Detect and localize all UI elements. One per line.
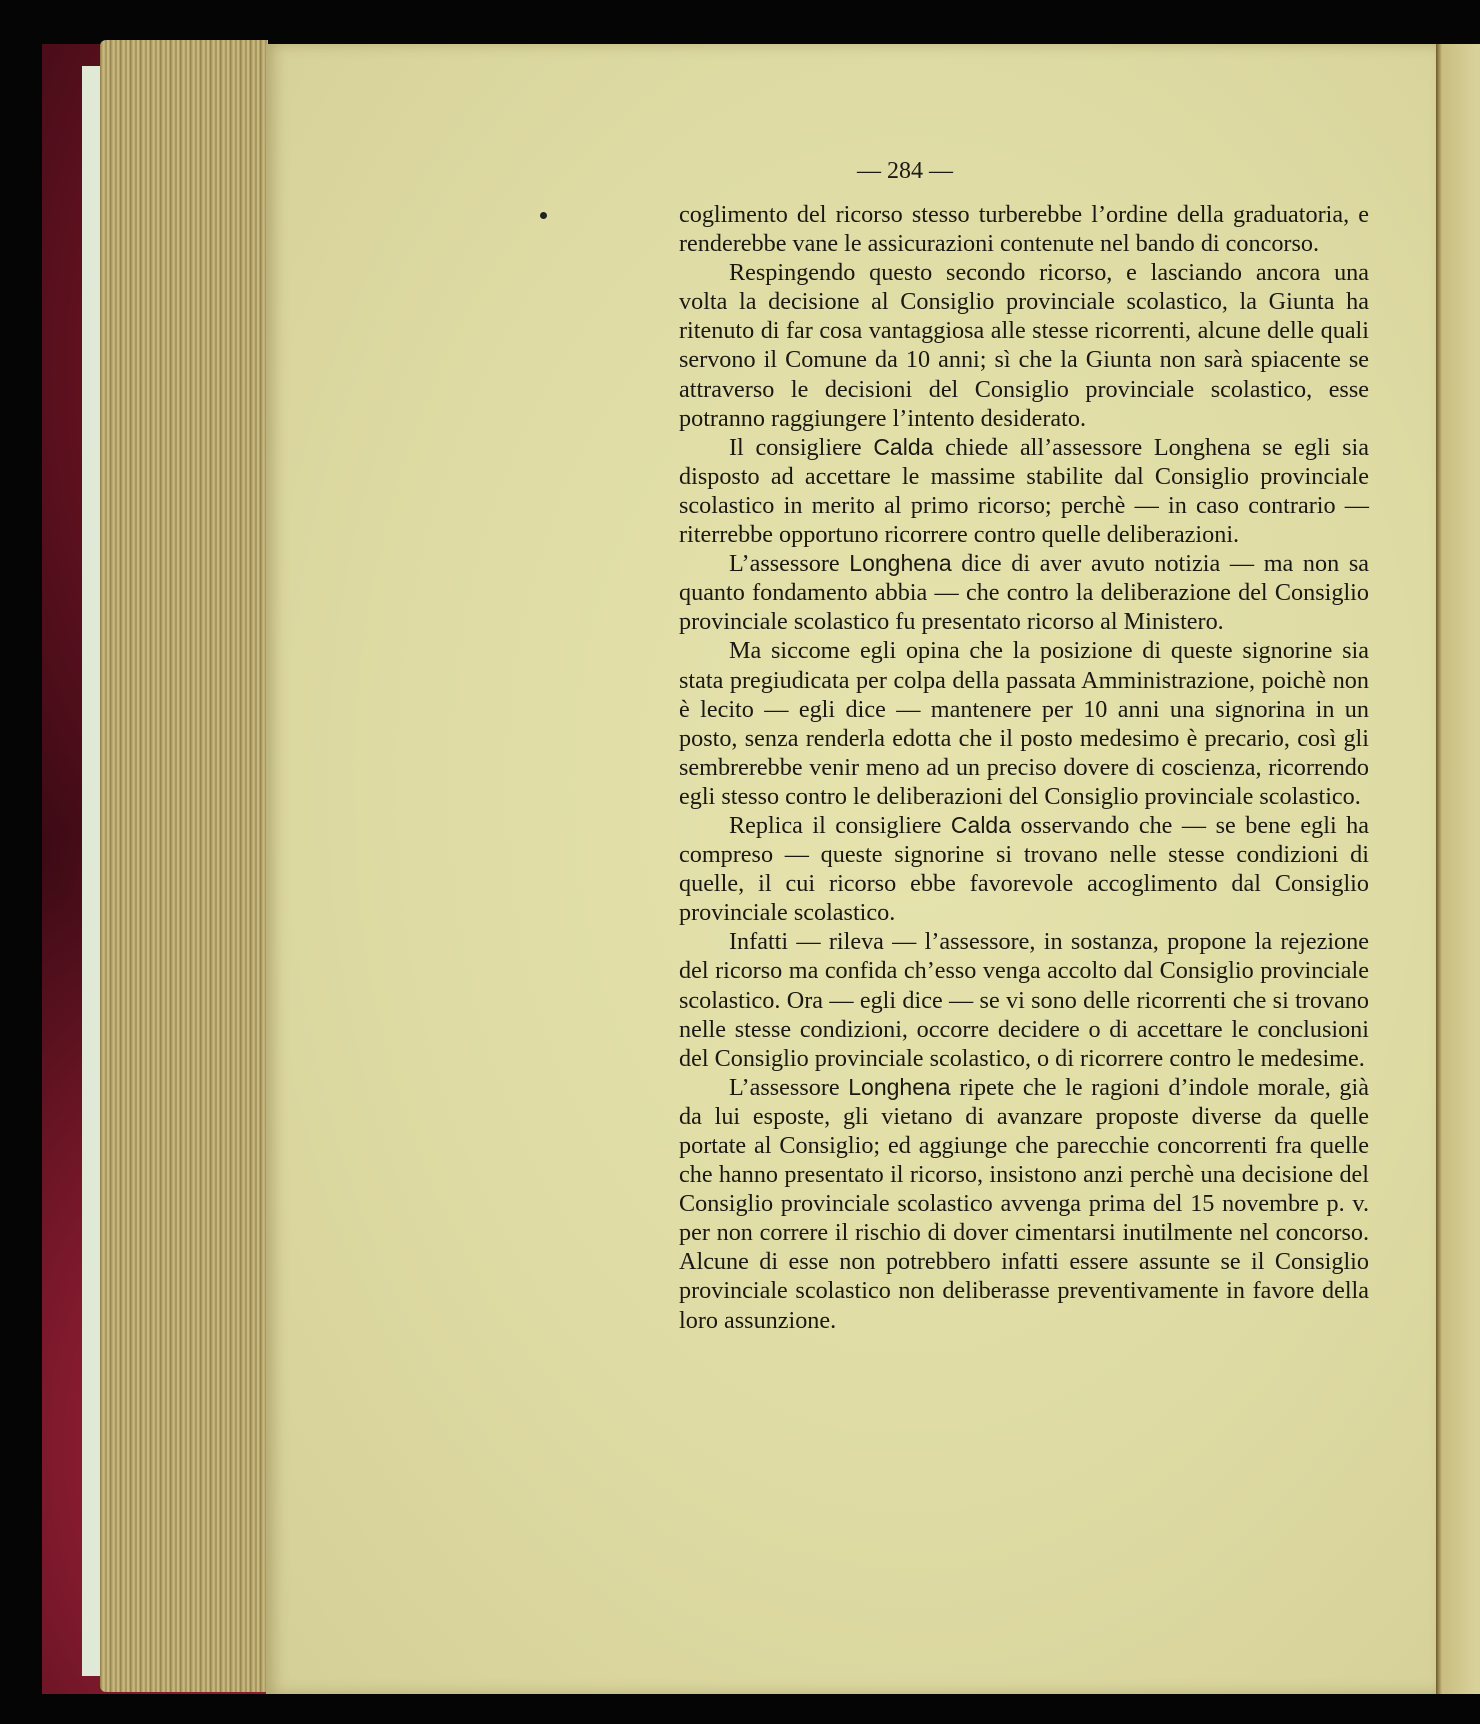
paragraph-text: coglimento del ricorso stesso turberebbe… [679,201,1369,257]
speaker-name: Calda [951,812,1011,838]
paragraph: L’assessore Longhena dice di aver avuto … [679,549,1369,636]
facing-page-edge [1436,44,1480,1694]
paragraph-text: Ma siccome egli opina che la posizione d… [679,637,1369,809]
page-number: — 284 — [0,158,1480,185]
paragraph: L’assessore Longhena ripete che le ragio… [679,1073,1369,1335]
paragraph: Il consigliere Calda chiede all’assessor… [679,433,1369,549]
paragraph: Respingendo questo secondo ricorso, e la… [679,258,1369,433]
paragraph: coglimento del ricorso stesso turberebbe… [679,200,1369,258]
paragraph-text: ripete che le ragioni d’indole morale, g… [679,1074,1369,1334]
paragraph: Replica il consigliere Calda osservando … [679,811,1369,927]
paragraph-text: Il consigliere [729,434,873,461]
paragraph-text: L’assessore [729,550,849,577]
paragraph: Ma siccome egli opina che la posizione d… [679,636,1369,811]
speaker-name: Calda [873,434,933,460]
speaker-name: Longhena [849,550,951,576]
paragraph-text: L’assessore [729,1074,848,1101]
page-edges-stack [100,40,268,1692]
paragraph-text: Respingendo questo secondo ricorso, e la… [679,259,1369,431]
paragraph-text: Infatti — rileva — l’assessore, in sosta… [679,928,1369,1071]
speaker-name: Longhena [848,1074,950,1100]
margin-dot-mark [540,212,547,219]
paragraph: Infatti — rileva — l’assessore, in sosta… [679,927,1369,1072]
body-text: coglimento del ricorso stesso turberebbe… [679,200,1369,1335]
paragraph-text: Replica il consigliere [729,812,951,839]
